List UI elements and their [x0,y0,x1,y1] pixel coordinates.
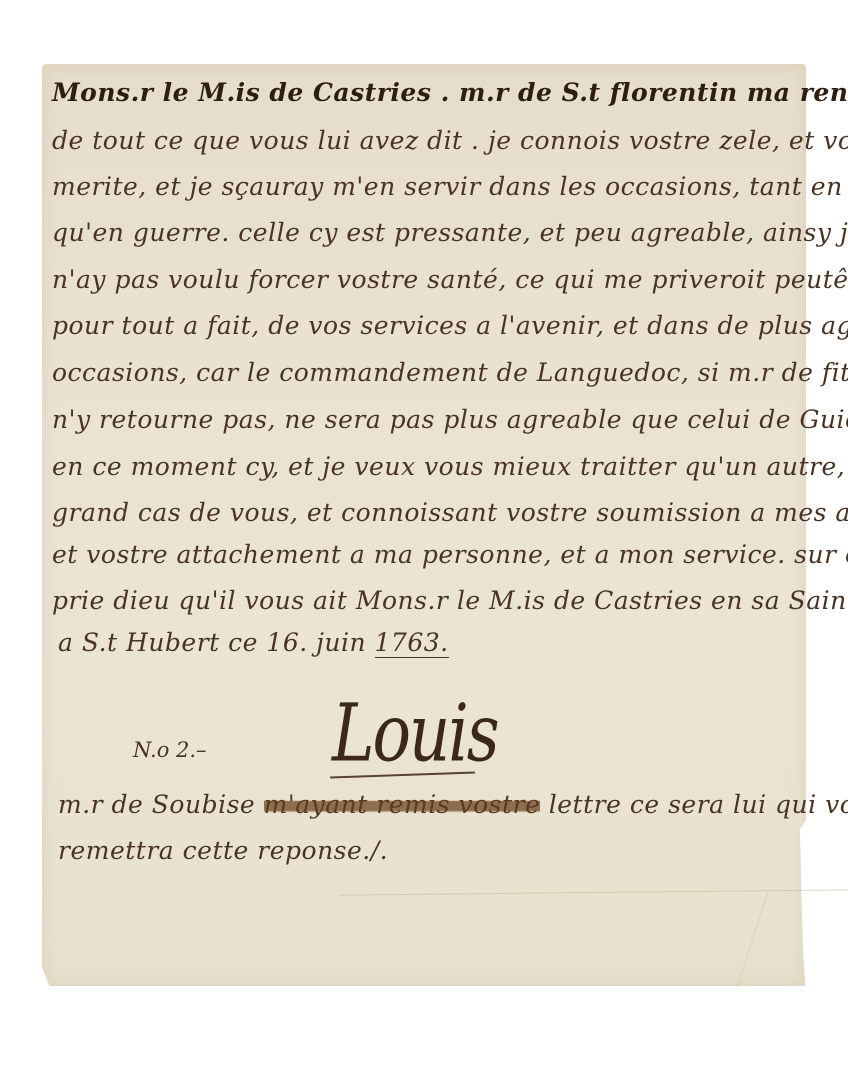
dateline-place-date: a S.t Hubert ce 16. juin [58,628,366,657]
letter-line-2: de tout ce que vous lui avez dit . je co… [52,126,848,155]
letter-line-5: n'ay pas voulu forcer vostre santé, ce q… [52,265,848,294]
postscript-continuation: lettre ce sera lui qui vous [549,790,848,819]
postscript-line-2: remettra cette reponse./. [58,836,388,865]
letter-line-3: merite, et je sçauray m'en servir dans l… [52,172,848,201]
dateline-year: 1763. [375,628,449,658]
letter-line-11: et vostre attachement a ma personne, et … [52,540,848,569]
letter-line-7: occasions, car le commandement de Langue… [52,358,848,387]
letter-line-6: pour tout a fait, de vos services a l'av… [52,311,848,340]
letter-line-1: Mons.r le M.is de Castries . m.r de S.t … [52,78,848,107]
postscript-start: m.r de Soubise [58,790,255,819]
document-number-mark: N.o 2.– [133,738,207,762]
royal-signature: Louis [332,688,498,781]
letter-line-12: prie dieu qu'il vous ait Mons.r le M.is … [52,586,848,615]
letter-line-10: grand cas de vous, et connoissant vostre… [52,498,848,527]
letter-line-8: n'y retourne pas, ne sera pas plus agrea… [52,405,848,434]
postscript-line-1: m.r de Soubise m'ayant remis vostre lett… [58,790,848,819]
dateline: a S.t Hubert ce 16. juin 1763. [58,628,449,657]
struck-out-text: m'ayant remis vostre [264,790,541,819]
letter-line-9: en ce moment cy, et je veux vous mieux t… [52,452,848,481]
letter-line-4: qu'en guerre. celle cy est pressante, et… [52,218,848,247]
